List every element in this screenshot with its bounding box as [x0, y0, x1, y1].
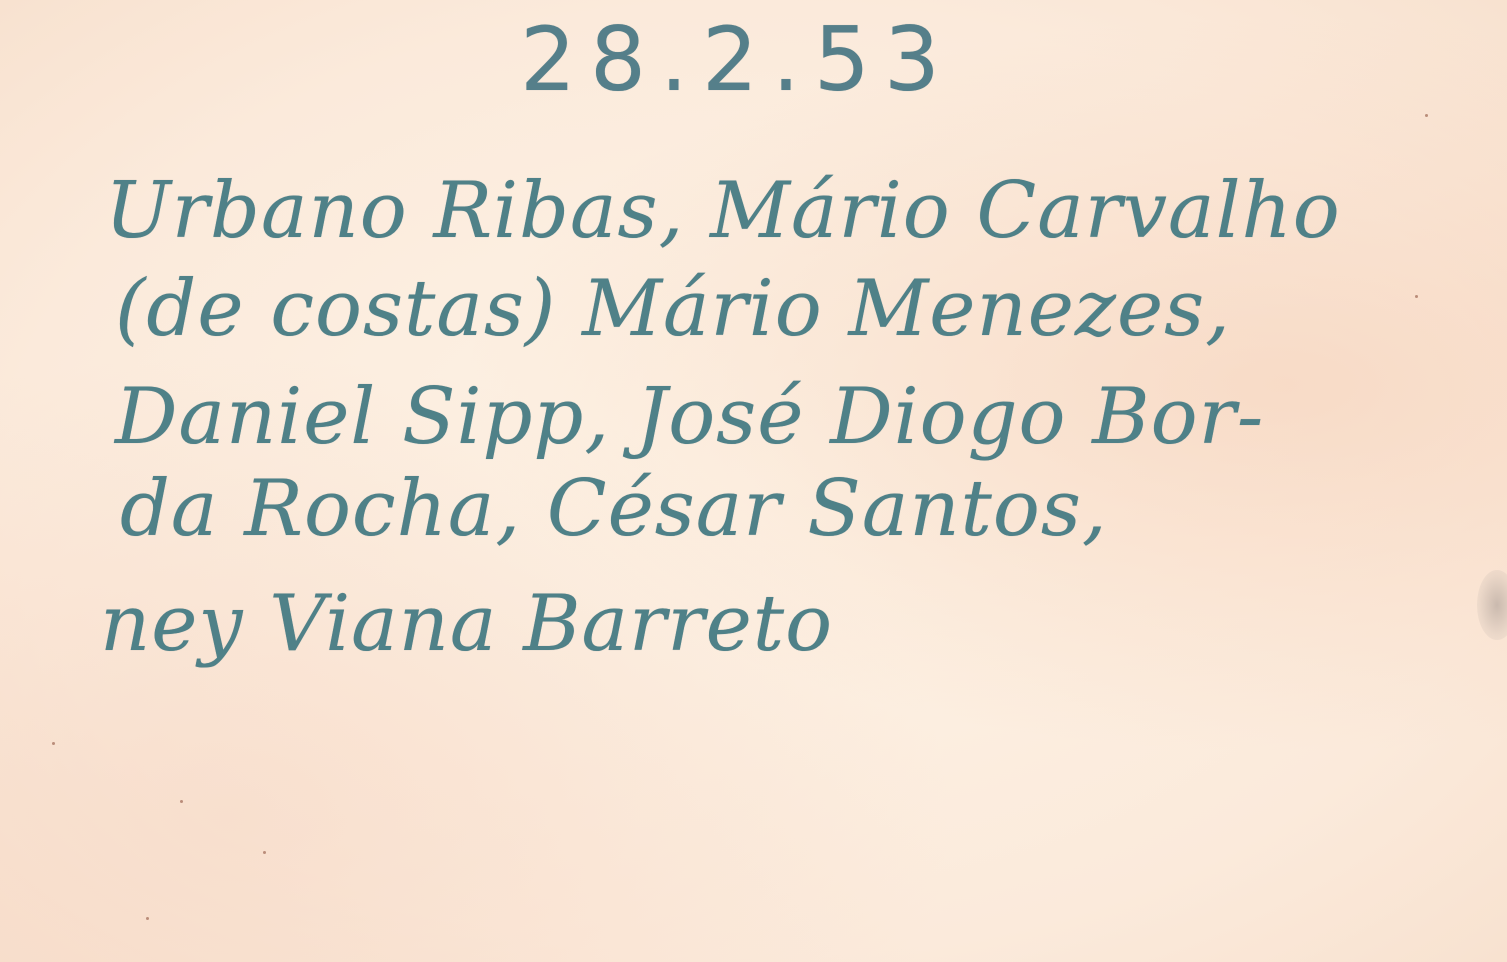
- handwritten-line-4: da Rocha, César Santos,: [120, 470, 1108, 548]
- handwritten-line-2: (de costas) Mário Menezes,: [115, 270, 1231, 348]
- aged-paper-card: 28.2.53 Urbano Ribas, Mário Carvalho (de…: [0, 0, 1507, 962]
- paper-speck: [180, 800, 183, 803]
- handwritten-line-5: ney Viana Barreto: [100, 585, 833, 663]
- handwritten-line-3: Daniel Sipp, José Diogo Bor-: [115, 378, 1264, 456]
- paper-speck: [146, 917, 149, 920]
- paper-speck: [1415, 295, 1418, 298]
- handwritten-line-1: Urbano Ribas, Mário Carvalho: [105, 172, 1341, 250]
- paper-stain: [1477, 570, 1507, 640]
- paper-speck: [1425, 114, 1428, 117]
- paper-speck: [263, 851, 266, 854]
- handwritten-date: 28.2.53: [520, 8, 954, 111]
- paper-speck: [52, 742, 55, 745]
